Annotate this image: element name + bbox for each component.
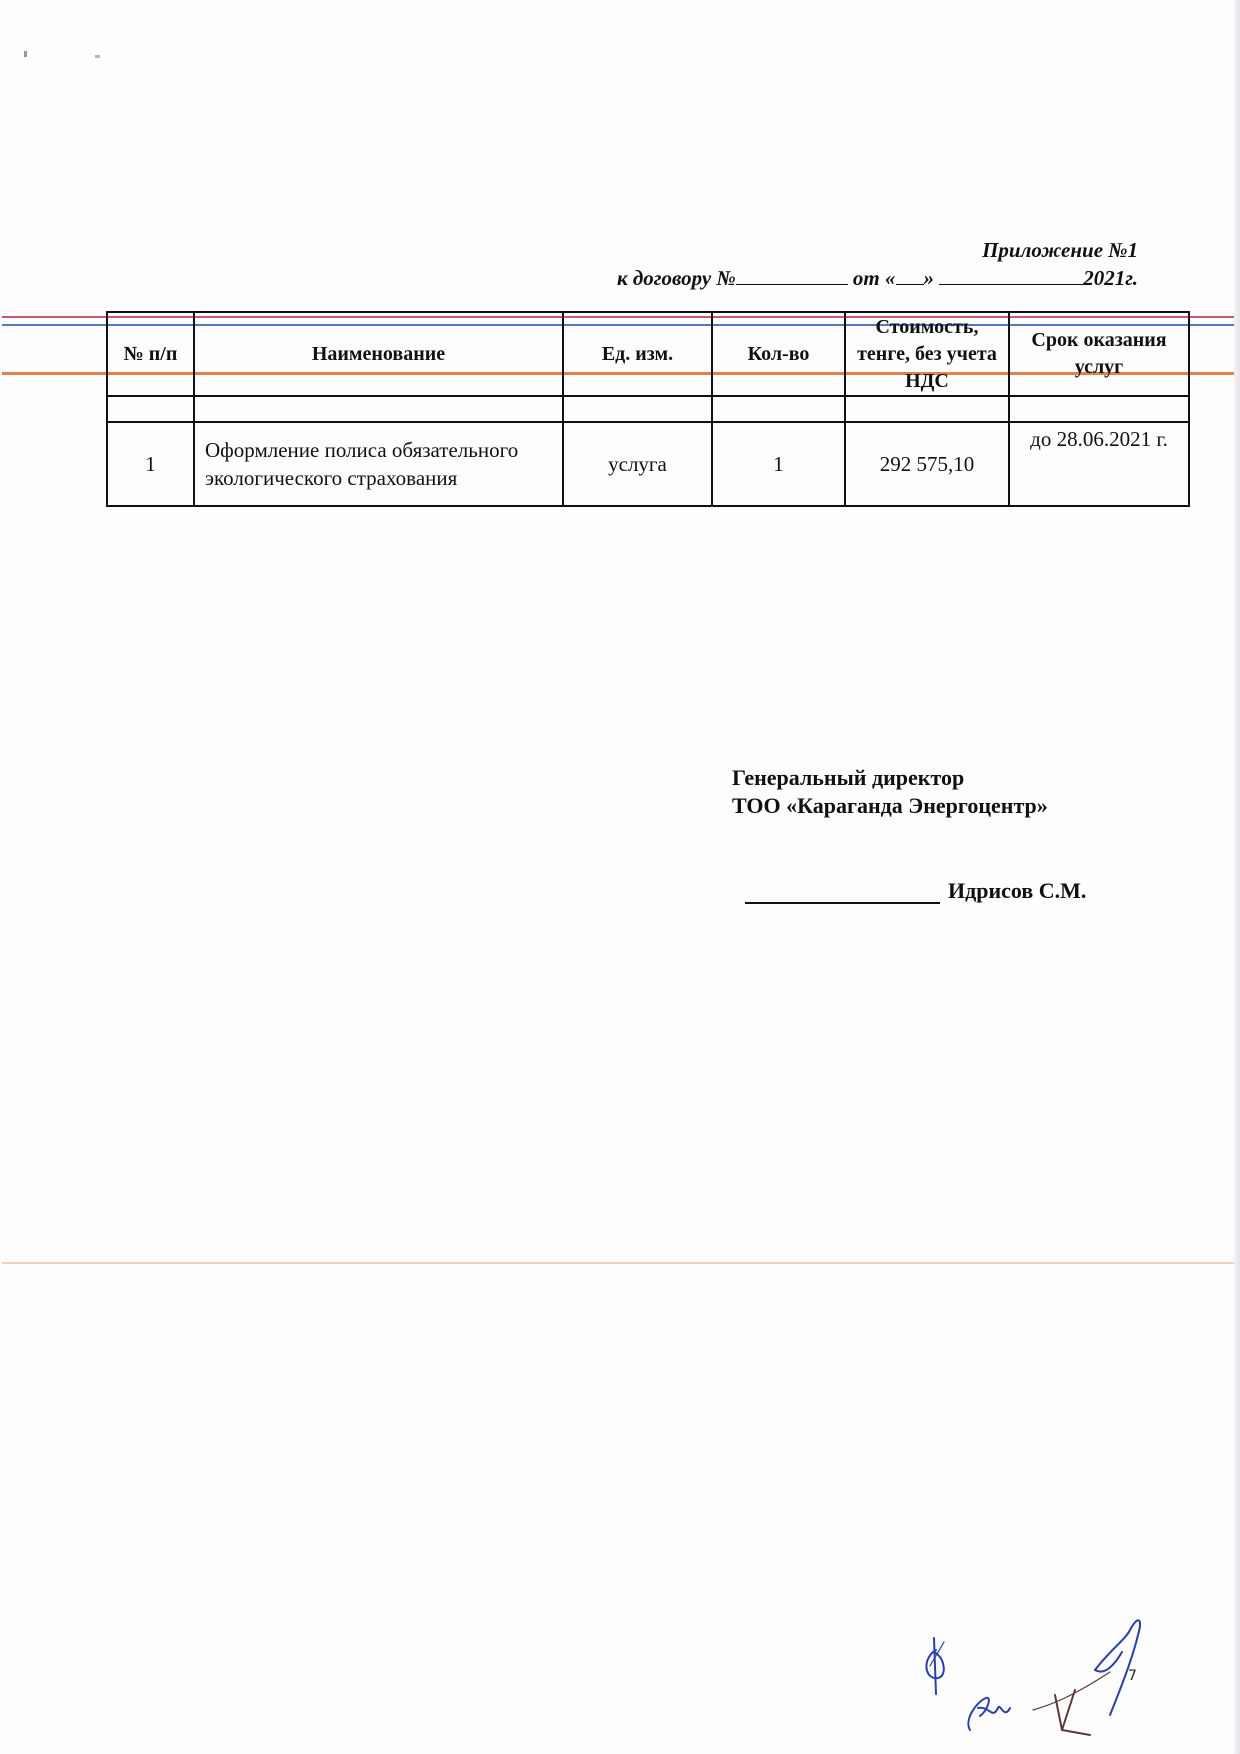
table-row: 1 Оформление полиса обязательного эколог… [107,422,1189,506]
day-blank [896,266,924,285]
contract-reference: к договору № от «» 2021г. [617,264,1138,292]
date-mid: » [924,266,935,290]
cell-number: 1 [107,422,194,506]
page-edge [1234,0,1240,1754]
year-suffix: 2021г. [1083,266,1138,290]
services-table: № п/п Наименование Ед. изм. Кол-во Стоим… [106,311,1190,507]
header-cost: Стоимость, тенге, без учета НДС [845,312,1009,396]
cell-deadline: до 28.06.2021 г. [1009,422,1189,506]
contract-prefix: к договору № [617,266,736,290]
table-spacer-row [107,396,1189,422]
cell-name: Оформление полиса обязательного экологич… [194,422,563,506]
svg-text:7: 7 [1128,1668,1137,1684]
header-quantity: Кол-во [712,312,845,396]
contract-number-blank [736,266,848,285]
header-number: № п/п [107,312,194,396]
appendix-header: Приложение №1 к договору № от «» 2021г. [617,236,1138,292]
scan-line-orange-faint [2,1262,1234,1264]
handwritten-initials-icon: 7 [900,1580,1200,1754]
scan-speck [95,55,100,58]
signatory-name: Идрисов С.М. [948,878,1086,904]
signatory-position: Генеральный директор [732,764,1048,792]
cell-cost: 292 575,10 [845,422,1009,506]
table-header-row: № п/п Наименование Ед. изм. Кол-во Стоим… [107,312,1189,396]
date-prefix: от « [853,266,896,290]
header-name: Наименование [194,312,563,396]
scan-speck [24,51,27,57]
header-unit: Ед. изм. [563,312,712,396]
header-deadline: Срок оказания услуг [1009,312,1189,396]
signatory-block: Генеральный директор ТОО «Караганда Энер… [732,764,1048,820]
cell-unit: услуга [563,422,712,506]
signature-row: Идрисов С.М. [745,878,1086,904]
month-blank [939,266,1083,285]
cell-quantity: 1 [712,422,845,506]
appendix-title: Приложение №1 [617,236,1138,264]
signatory-company: ТОО «Караганда Энергоцентр» [732,792,1048,820]
signature-line [745,878,940,904]
